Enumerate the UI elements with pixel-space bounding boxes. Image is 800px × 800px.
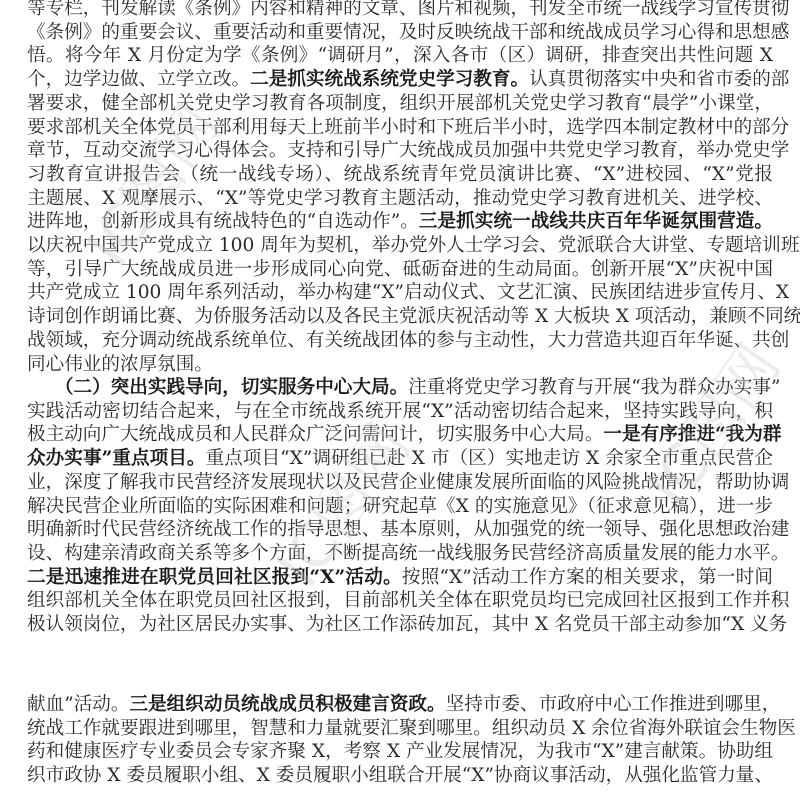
text-line: 共产党成立 100 周年系列活动，举办构建“X”启动仪式、文艺汇演、民族团结进步…	[27, 281, 773, 305]
body-text: 悟。将今年 X 月份定为学《条例》“调研月”，深入各市（区）调研，排查突出共性问…	[27, 45, 773, 66]
text-line: 署要求，健全部机关党史学习教育各项制度，组织开展部机关党史学习教育“晨学”小课堂…	[27, 92, 773, 116]
body-text: 《条例》的重要会议、重要活动和重要情况，及时反映统战干部和统战成员学习心得和思想…	[27, 22, 789, 43]
body-text: 战领域，充分调动统战系统单位、有关统战团体的参与主动性，大力营造共迎百年华诞、共…	[27, 330, 789, 351]
text-line: 等，引导广大统战成员进一步形成同心向党、砥砺奋进的生动局面。创新开展“X”庆祝中…	[27, 258, 773, 282]
body-text: 署要求，健全部机关党史学习教育各项制度，组织开展部机关党史学习教育“晨学”小课堂…	[27, 93, 773, 114]
body-text: 等专栏，刊发解读《条例》内容和精神的文章、图片和视频，刊发全市统一战线学习宣传贯…	[27, 0, 789, 19]
body-text: 进阵地，创新形成具有统战特色的“自选动作”。	[27, 211, 419, 232]
body-text: 注重将党史学习教育与开展“我为群众办实事”	[408, 377, 780, 398]
bold-heading-text: （二）突出实践导向，切实服务中心大局。	[27, 377, 408, 398]
body-text: 实践活动密切结合起来，与在全市统战系统开展“X”活动密切结合起来，坚持实践导向，…	[27, 401, 773, 422]
body-text: 织市政协 X 委员履职小组、X 委员履职小组联合开展“X”协商议事活动，从强化监…	[27, 765, 773, 786]
text-line: 解决民营企业所面临的实际困难和问题；研究起草《X 的实施意见》（征求意见稿），进…	[27, 495, 773, 519]
body-text: 献血”活动。	[27, 694, 129, 715]
body-text: 统战工作就要跟进到哪里，智慧和力量就要汇聚到哪里。组织动员 X 余位省海外联谊会…	[27, 718, 796, 739]
text-line: 以庆祝中国共产党成立 100 周年为契机，举办党外人士学习会、党派联合大讲堂、专…	[27, 234, 773, 258]
text-line: 等专栏，刊发解读《条例》内容和精神的文章、图片和视频，刊发全市统一战线学习宣传贯…	[27, 0, 773, 21]
body-text: 按照“X”活动工作方案的相关要求，第一时间	[402, 567, 773, 588]
body-text: 以庆祝中国共产党成立 100 周年为契机，举办党外人士学习会、党派联合大讲堂、专…	[27, 235, 799, 256]
body-text: 个，边学边做、立学立改。	[27, 69, 250, 90]
text-line: 悟。将今年 X 月份定为学《条例》“调研月”，深入各市（区）调研，排查突出共性问…	[27, 44, 773, 68]
body-text: 主题展、X 观摩展示、“X”等党史学习教育主题活动，推动党史学习教育进机关、进学…	[27, 188, 773, 209]
text-line: 二是迅速推进在职党员回社区报到“X”活动。按照“X”活动工作方案的相关要求，第一…	[27, 566, 773, 590]
text-line: 习教育宣讲报告会（统一战线专场）、统战系统青年党员演讲比赛、“X”进校园、“X”…	[27, 163, 773, 187]
text-line: 业，深度了解我市民营经济发展现状以及民营企业健康发展所面临的风险挑战情况，帮助协…	[27, 471, 773, 495]
bold-heading-text: 二是抓实统战系统党史学习教育。	[250, 69, 529, 90]
bold-heading-text: 众办实事”重点项目。	[27, 448, 206, 469]
text-line: 个，边学边做、立学立改。二是抓实统战系统党史学习教育。认真贯彻落实中央和省市委的…	[27, 68, 773, 92]
text-line: 诗词创作朗诵比赛、为侨服务活动以及各民主党派庆祝活动等 X 大板块 X 项活动，…	[27, 305, 773, 329]
text-line: 极认领岗位，为社区居民办实事、为社区工作添砖加瓦，其中 X 名党员干部主动参加“…	[27, 613, 773, 637]
document-page: 等专栏，刊发解读《条例》内容和精神的文章、图片和视频，刊发全市统一战线学习宣传贯…	[0, 0, 800, 800]
body-text: 明确新时代民营经济统战工作的指导思想、基本原则，从加强党的统一领导、强化思想政治…	[27, 519, 789, 540]
text-line: 战领域，充分调动统战系统单位、有关统战团体的参与主动性，大力营造共迎百年华诞、共…	[27, 329, 773, 353]
body-text: 坚持市委、市政府中心工作推进到哪里，	[446, 694, 781, 715]
body-text: 同心伟业的浓厚氛围。	[27, 354, 213, 375]
body-text: 诗词创作朗诵比赛、为侨服务活动以及各民主党派庆祝活动等 X 大板块 X 项活动，…	[27, 306, 800, 327]
body-text: 解决民营企业所面临的实际困难和问题；研究起草《X 的实施意见》（征求意见稿），进…	[27, 496, 773, 517]
text-line: 实践活动密切结合起来，与在全市统战系统开展“X”活动密切结合起来，坚持实践导向，…	[27, 400, 773, 424]
text-line: 组织部机关全体在职党员回社区报到，目前部机关全体在职党员均已完成回社区报到工作并…	[27, 589, 773, 613]
text-line: 章节，互动交流学习心得体会。支持和引导广大统战成员加强中共党史学习教育，举办党史…	[27, 139, 773, 163]
body-text: 共产党成立 100 周年系列活动，举办构建“X”启动仪式、文艺汇演、民族团结进步…	[27, 282, 789, 303]
body-text: 习教育宣讲报告会（统一战线专场）、统战系统青年党员演讲比赛、“X”进校园、“X”…	[27, 164, 773, 185]
bold-heading-text: 三是组织动员统战成员积极建言资政。	[129, 694, 445, 715]
body-text: 极认领岗位，为社区居民办实事、为社区工作添砖加瓦，其中 X 名党员干部主动参加“…	[27, 614, 787, 635]
body-text: 认真贯彻落实中央和省市委的部	[529, 69, 789, 90]
bold-heading-text: 一是有序推进“我为群	[603, 424, 781, 445]
body-text: 业，深度了解我市民营经济发展现状以及民营企业健康发展所面临的风险挑战情况，帮助协…	[27, 472, 789, 493]
text-line: 织市政协 X 委员履职小组、X 委员履职小组联合开展“X”协商议事活动，从强化监…	[27, 764, 773, 788]
body-text: 极主动向广大统战成员和人民群众广泛问需问计，切实服务中心大局。	[27, 424, 603, 445]
text-line: 极主动向广大统战成员和人民群众广泛问需问计，切实服务中心大局。一是有序推进“我为…	[27, 423, 773, 447]
body-text: 等，引导广大统战成员进一步形成同心向党、砥砺奋进的生动局面。创新开展“X”庆祝中…	[27, 259, 773, 280]
text-line: 明确新时代民营经济统战工作的指导思想、基本原则，从加强党的统一领导、强化思想政治…	[27, 518, 773, 542]
text-line: （二）突出实践导向，切实服务中心大局。注重将党史学习教育与开展“我为群众办实事”	[27, 376, 773, 400]
text-line: 同心伟业的浓厚氛围。	[27, 353, 773, 377]
text-line: 要求部机关全体党员干部利用每天上班前半小时和下班后半小时，选学四本制定教材中的部…	[27, 116, 773, 140]
text-line: 主题展、X 观摩展示、“X”等党史学习教育主题活动，推动党史学习教育进机关、进学…	[27, 187, 773, 211]
body-text: 组织部机关全体在职党员回社区报到，目前部机关全体在职党员均已完成回社区报到工作并…	[27, 590, 789, 611]
body-text: 药和健康医疗专业委员会专家齐聚 X，考察 X 产业发展情况，为我市“X”建言献策…	[27, 741, 773, 762]
bold-heading-text: 二是迅速推进在职党员回社区报到“X”活动。	[27, 567, 402, 588]
text-line: 设、构建亲清政商关系等多个方面，不断提高统一战线服务民营经济高质量发展的能力水平…	[27, 542, 773, 566]
body-text: 设、构建亲清政商关系等多个方面，不断提高统一战线服务民营经济高质量发展的能力水平…	[27, 543, 789, 564]
text-line: 献血”活动。三是组织动员统战成员积极建言资政。坚持市委、市政府中心工作推进到哪里…	[27, 693, 773, 717]
body-text: 要求部机关全体党员干部利用每天上班前半小时和下班后半小时，选学四本制定教材中的部…	[27, 117, 789, 138]
body-text: 重点项目“X”调研组已赴 X 市（区）实地走访 X 余家全市重点民营企	[206, 448, 773, 469]
text-line: 进阵地，创新形成具有统战特色的“自选动作”。三是抓实统一战线共庆百年华诞氛围营造…	[27, 210, 773, 234]
text-line: 药和健康医疗专业委员会专家齐聚 X，考察 X 产业发展情况，为我市“X”建言献策…	[27, 740, 773, 764]
body-text: 章节，互动交流学习心得体会。支持和引导广大统战成员加强中共党史学习教育，举办党史…	[27, 140, 789, 161]
text-line: 统战工作就要跟进到哪里，智慧和力量就要汇聚到哪里。组织动员 X 余位省海外联谊会…	[27, 717, 773, 741]
bold-heading-text: 三是抓实统一战线共庆百年华诞氛围营造。	[419, 211, 773, 232]
text-line: 《条例》的重要会议、重要活动和重要情况，及时反映统战干部和统战成员学习心得和思想…	[27, 21, 773, 45]
text-line: 众办实事”重点项目。重点项目“X”调研组已赴 X 市（区）实地走访 X 余家全市…	[27, 447, 773, 471]
